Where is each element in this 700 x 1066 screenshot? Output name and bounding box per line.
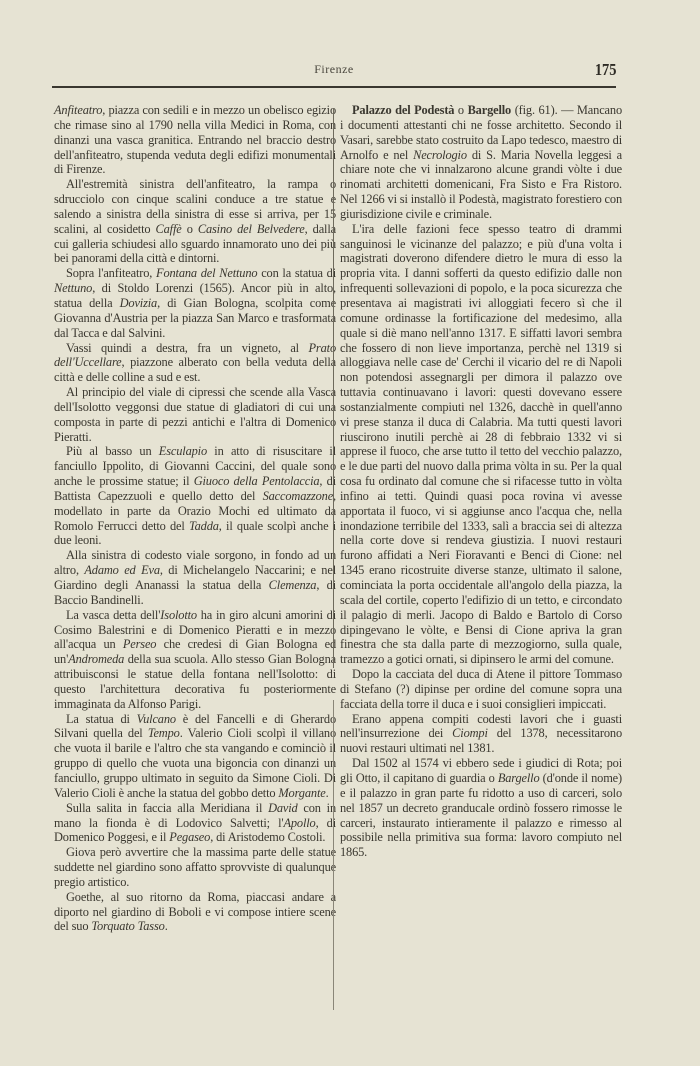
bold-run: Palazzo del Podestà: [352, 103, 454, 117]
text-run: Sopra l'anfiteatro,: [66, 266, 156, 280]
italic-run: Apollo: [283, 816, 315, 830]
text-run: Vassi quindi a destra, fra un vigneto, a…: [66, 341, 309, 355]
italic-run: Saccomazzone: [263, 489, 333, 503]
italic-run: Giuoco della Pentolaccia: [194, 474, 320, 488]
column-divider-lower: [333, 700, 334, 1010]
text-run: Giova però avvertire che la massima part…: [54, 845, 336, 889]
paragraph: Dopo la cacciata del duca di Atene il pi…: [340, 667, 622, 712]
text-run: Più al basso un: [66, 444, 159, 458]
paragraph: La statua di Vulcano è del Fancelli e di…: [54, 712, 336, 801]
text-run: o: [182, 222, 198, 236]
paragraph: All'estremità sinistra dell'anfiteatro, …: [54, 177, 336, 266]
paragraph: La vasca detta dell'Isolotto ha in giro …: [54, 608, 336, 712]
text-run: La vasca detta dell': [66, 608, 160, 622]
text-run: , di Aristodemo Costoli.: [210, 830, 325, 844]
italic-run: Clemenza: [269, 578, 317, 592]
text-run: .: [326, 786, 329, 800]
header-rule: [52, 86, 616, 88]
italic-run: Nettuno: [54, 281, 92, 295]
paragraph: Erano appena compiti codesti lavori che …: [340, 712, 622, 757]
text-run: Al principio del viale di cipressi che s…: [54, 385, 336, 444]
italic-run: Torquato Tasso: [91, 919, 164, 933]
paragraph: Palazzo del Podestà o Bargello (fig. 61)…: [340, 103, 622, 222]
text-run: Dopo la cacciata del duca di Atene il pi…: [340, 667, 622, 711]
paragraph: Al principio del viale di cipressi che s…: [54, 385, 336, 444]
italic-run: Pegaseo: [169, 830, 210, 844]
italic-run: David: [268, 801, 298, 815]
paragraph: Più al basso un Esculapio in atto di ris…: [54, 444, 336, 548]
italic-run: Vulcano: [137, 712, 176, 726]
paragraph: Sulla salita in faccia alla Meridiana il…: [54, 801, 336, 846]
italic-run: Necrologio: [413, 148, 467, 162]
text-run: Sulla salita in faccia alla Meridiana il: [66, 801, 268, 815]
italic-run: Caffè: [156, 222, 182, 236]
text-run: L'ira delle fazioni fece spesso teatro d…: [340, 222, 622, 666]
italic-run: Fontana del Nettuno: [156, 266, 257, 280]
italic-run: Esculapio: [159, 444, 207, 458]
paragraph: Dal 1502 al 1574 vi ebbero sede i giudic…: [340, 756, 622, 860]
bold-run: Bargello: [468, 103, 512, 117]
italic-run: Ciompi: [452, 726, 488, 740]
italic-run: Perseo: [123, 637, 157, 651]
column-divider: [333, 108, 334, 668]
text-run: o: [454, 103, 467, 117]
paragraph: Sopra l'anfiteatro, Fontana del Nettuno …: [54, 266, 336, 340]
right-column: Palazzo del Podestà o Bargello (fig. 61)…: [340, 103, 622, 860]
text-run: La statua di: [66, 712, 137, 726]
italic-run: Anfiteatro: [54, 103, 102, 117]
italic-run: Tempo: [148, 726, 180, 740]
left-column: Anfiteatro, piazza con sedili e in mezzo…: [54, 103, 336, 934]
page-header: Firenze 175: [52, 60, 616, 84]
italic-run: Dovizia: [120, 296, 158, 310]
running-title: Firenze: [52, 62, 616, 77]
paragraph: Vassi quindi a destra, fra un vigneto, a…: [54, 341, 336, 386]
paragraph: L'ira delle fazioni fece spesso teatro d…: [340, 222, 622, 667]
italic-run: Adamo ed Eva: [84, 563, 160, 577]
italic-run: Isolotto: [160, 608, 197, 622]
page-number: 175: [594, 60, 616, 80]
paragraph: Anfiteatro, piazza con sedili e in mezzo…: [54, 103, 336, 177]
paragraph: Goethe, al suo ritorno da Roma, piaccasi…: [54, 890, 336, 935]
paragraph: Alla sinistra di codesto viale sorgono, …: [54, 548, 336, 607]
italic-run: Morgante: [278, 786, 325, 800]
text-run: .: [165, 919, 168, 933]
italic-run: Bargello: [498, 771, 540, 785]
italic-run: Andromeda: [68, 652, 124, 666]
text-run: con la statua di: [257, 266, 336, 280]
paragraph: Giova però avvertire che la massima part…: [54, 845, 336, 890]
italic-run: Casino del Belvedere: [198, 222, 305, 236]
italic-run: Tadda: [189, 519, 219, 533]
